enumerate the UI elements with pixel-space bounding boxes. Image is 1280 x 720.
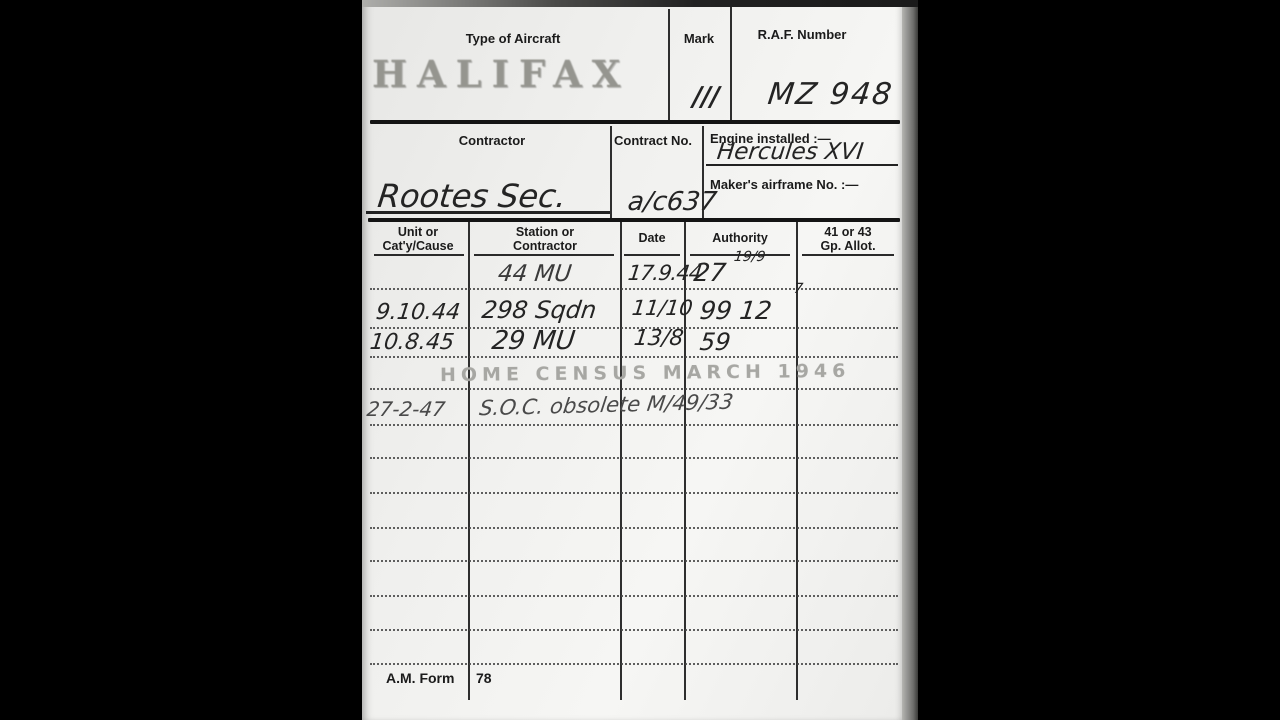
type-of-aircraft-label: Type of Aircraft [423, 31, 603, 46]
row-rule [370, 663, 898, 665]
row-rule [370, 595, 898, 597]
row-rule [370, 527, 898, 529]
column-header-unit: Unit orCat'y/Cause [368, 225, 468, 253]
record-card: Type of Aircraft Mark R.A.F. Number HALI… [362, 0, 902, 720]
row-rule [370, 288, 898, 290]
section-divider [370, 120, 900, 124]
contract-no-value-handwritten: a/c637 [626, 189, 718, 215]
row1-date-entry: 17.9.44 [627, 263, 703, 284]
soc-entry: S.O.C. obsolete M/49/33 [478, 392, 734, 420]
mark-label: Mark [670, 31, 728, 46]
section-divider [368, 218, 900, 222]
column-header-date: Date [622, 231, 682, 245]
scanned-record-card-page: Type of Aircraft Mark R.A.F. Number HALI… [0, 0, 1280, 720]
row-rule [370, 356, 898, 358]
engine-underline [706, 164, 898, 166]
form-name-label: A.M. Form [386, 670, 454, 686]
contractor-label: Contractor [417, 133, 567, 148]
column-header-gp-allot: 41 or 43Gp. Allot. [798, 225, 898, 253]
makers-airframe-label: Maker's airframe No. :— [710, 177, 858, 192]
aircraft-type-stamp: HALIFAX [372, 52, 631, 96]
raf-number-label: R.A.F. Number [732, 27, 872, 42]
row-rule [370, 560, 898, 562]
header-underline [374, 254, 464, 256]
row-rule [370, 424, 898, 426]
row2-unit-entry: 9.10.44 [375, 302, 462, 324]
header-underline [802, 254, 894, 256]
row-rule [370, 629, 898, 631]
contractor-underline [366, 211, 610, 214]
row-rule [370, 492, 898, 494]
row3-station-entry: 29 MU [490, 328, 576, 354]
soc-date-entry: 27-2-47 [366, 399, 447, 419]
row1-station-entry: 44 MU [497, 263, 573, 286]
row2-authority-note: 7 [793, 282, 804, 296]
mark-value-handwritten: III [687, 84, 723, 114]
row3-authority-entry: 59 [699, 330, 732, 354]
row2-station-entry: 298 Sqdn [481, 298, 598, 322]
raf-number-handwritten: MZ 948 [766, 80, 895, 110]
row2-authority-entry: 99 12 [698, 298, 773, 323]
row3-unit-entry: 10.8.45 [369, 332, 456, 354]
column-header-station: Station orContractor [472, 225, 618, 253]
row-rule [370, 388, 898, 390]
row-rule [370, 327, 898, 329]
divider-line [730, 7, 732, 122]
row1-authority-note: 19/9 [733, 250, 766, 264]
contract-no-label: Contract No. [614, 133, 692, 148]
row2-date-entry: 11/10 [631, 298, 694, 319]
divider-line [668, 9, 670, 122]
home-census-stamp: HOME CENSUS MARCH 1946 [440, 360, 851, 386]
header-underline [624, 254, 680, 256]
header-underline [474, 254, 614, 256]
engine-value-handwritten: Hercules XVI [716, 141, 865, 164]
row-rule [370, 457, 898, 459]
row1-authority-entry: 27 [692, 260, 727, 285]
column-header-authority: Authority [688, 231, 792, 245]
divider-line [610, 126, 612, 219]
contractor-value-handwritten: Rootes Sec. [376, 180, 568, 212]
row3-date-entry: 13/8 [633, 328, 685, 350]
scan-edge-shadow [902, 0, 918, 720]
form-number: 78 [476, 670, 492, 686]
scan-top-edge [362, 0, 918, 7]
